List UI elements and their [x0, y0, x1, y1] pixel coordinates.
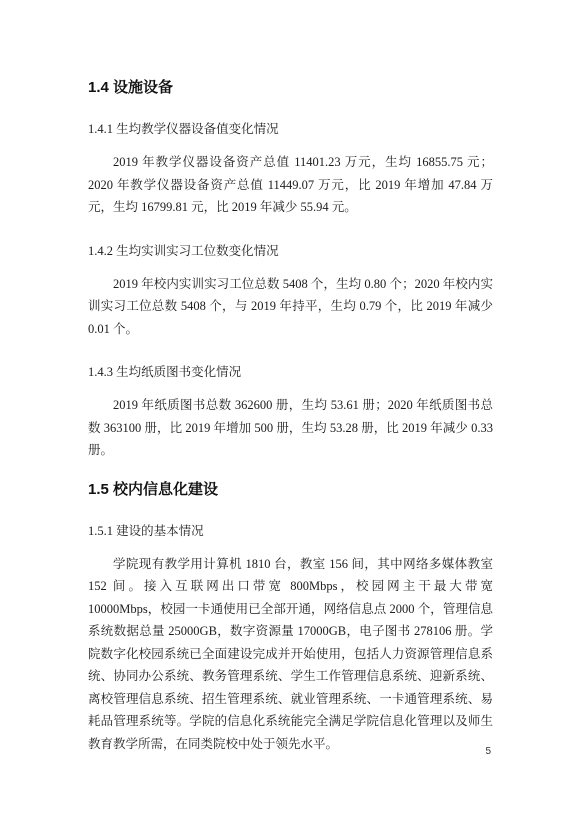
- paragraph-1-5-1: 学院现有教学用计算机 1810 台，教室 156 间，其中网络多媒体教室 152…: [88, 553, 493, 756]
- subsection-heading-1-4-1: 1.4.1 生均教学仪器设备值变化情况: [88, 121, 493, 138]
- paragraph-1-4-1: 2019 年教学仪器设备资产总值 11401.23 万元，生均 16855.75…: [88, 151, 493, 219]
- paragraph-1-4-3: 2019 年纸质图书总数 362600 册，生均 53.61 册；2020 年纸…: [88, 394, 493, 462]
- section-heading-1-5: 1.5 校内信息化建设: [88, 480, 493, 499]
- document-page: 1.4 设施设备 1.4.1 生均教学仪器设备值变化情况 2019 年教学仪器设…: [0, 0, 580, 820]
- subsection-heading-1-4-2: 1.4.2 生均实训实习工位数变化情况: [88, 243, 493, 260]
- section-heading-1-4: 1.4 设施设备: [88, 78, 493, 97]
- paragraph-1-4-2: 2019 年校内实训实习工位总数 5408 个，生均 0.80 个；2020 年…: [88, 273, 493, 341]
- subsection-heading-1-5-1: 1.5.1 建设的基本情况: [88, 523, 493, 540]
- page-number: 5: [485, 746, 491, 757]
- subsection-heading-1-4-3: 1.4.3 生均纸质图书变化情况: [88, 364, 493, 381]
